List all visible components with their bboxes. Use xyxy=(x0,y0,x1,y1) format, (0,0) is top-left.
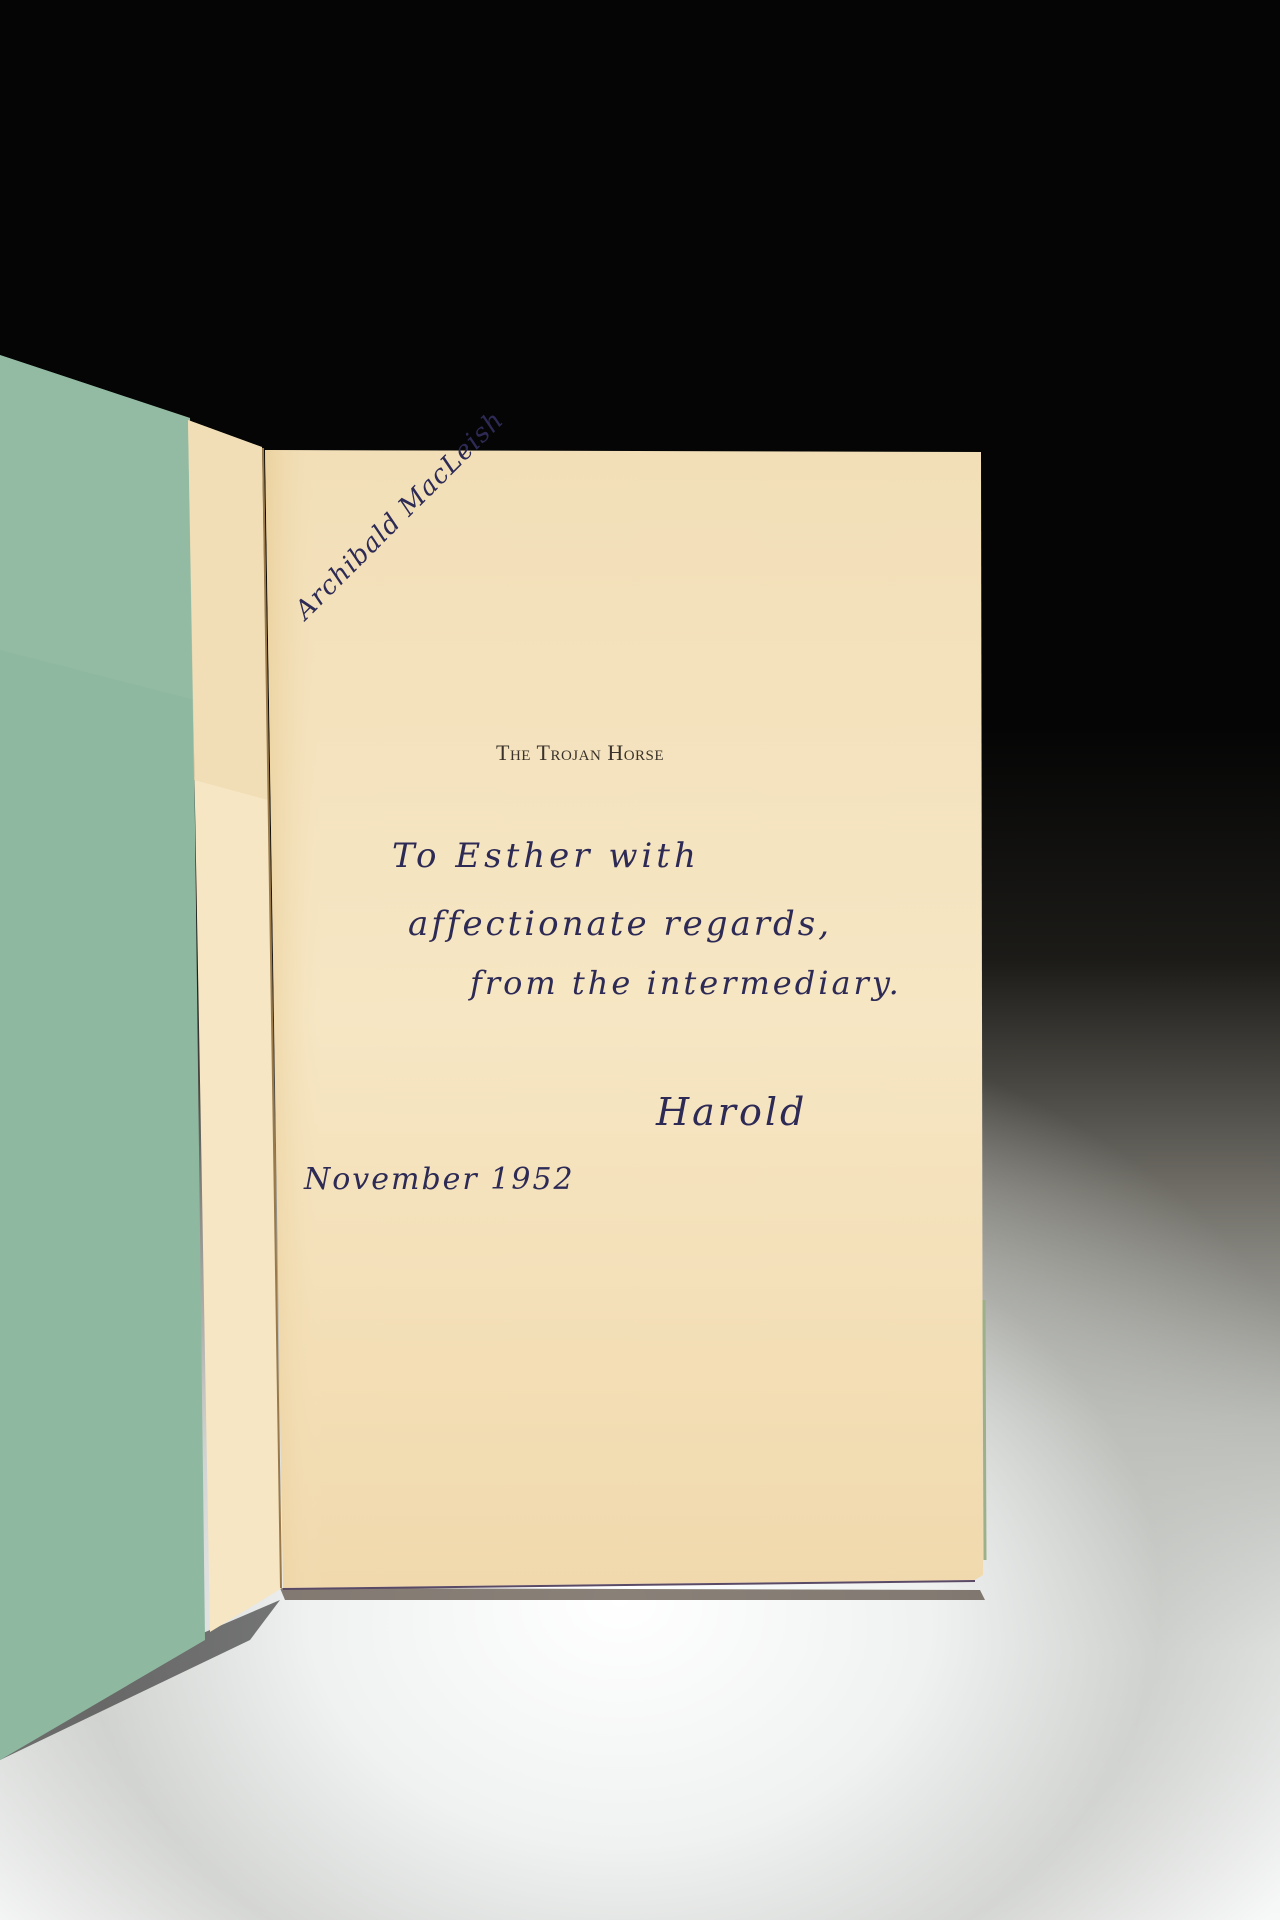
book-photo: The Trojan Horse Archibald MacLeish To E… xyxy=(0,0,1280,1920)
page-bottom-shadow xyxy=(280,1588,985,1600)
inscription-line-3: from the intermediary. xyxy=(470,964,902,1002)
printed-book-title: The Trojan Horse xyxy=(496,740,736,766)
inscriber-signature: Harold xyxy=(656,1090,807,1134)
inscription-line-1: To Esther with xyxy=(392,836,700,876)
green-cover-highlight xyxy=(0,355,195,700)
inscription-line-2: affectionate regards, xyxy=(408,904,832,944)
open-book-illustration xyxy=(0,0,1280,1920)
back-cover-edge xyxy=(984,1300,985,1560)
title-page-gutter-shade xyxy=(265,450,983,1588)
left-flyleaf-shade xyxy=(188,420,268,800)
inscription-date: November 1952 xyxy=(304,1162,575,1197)
